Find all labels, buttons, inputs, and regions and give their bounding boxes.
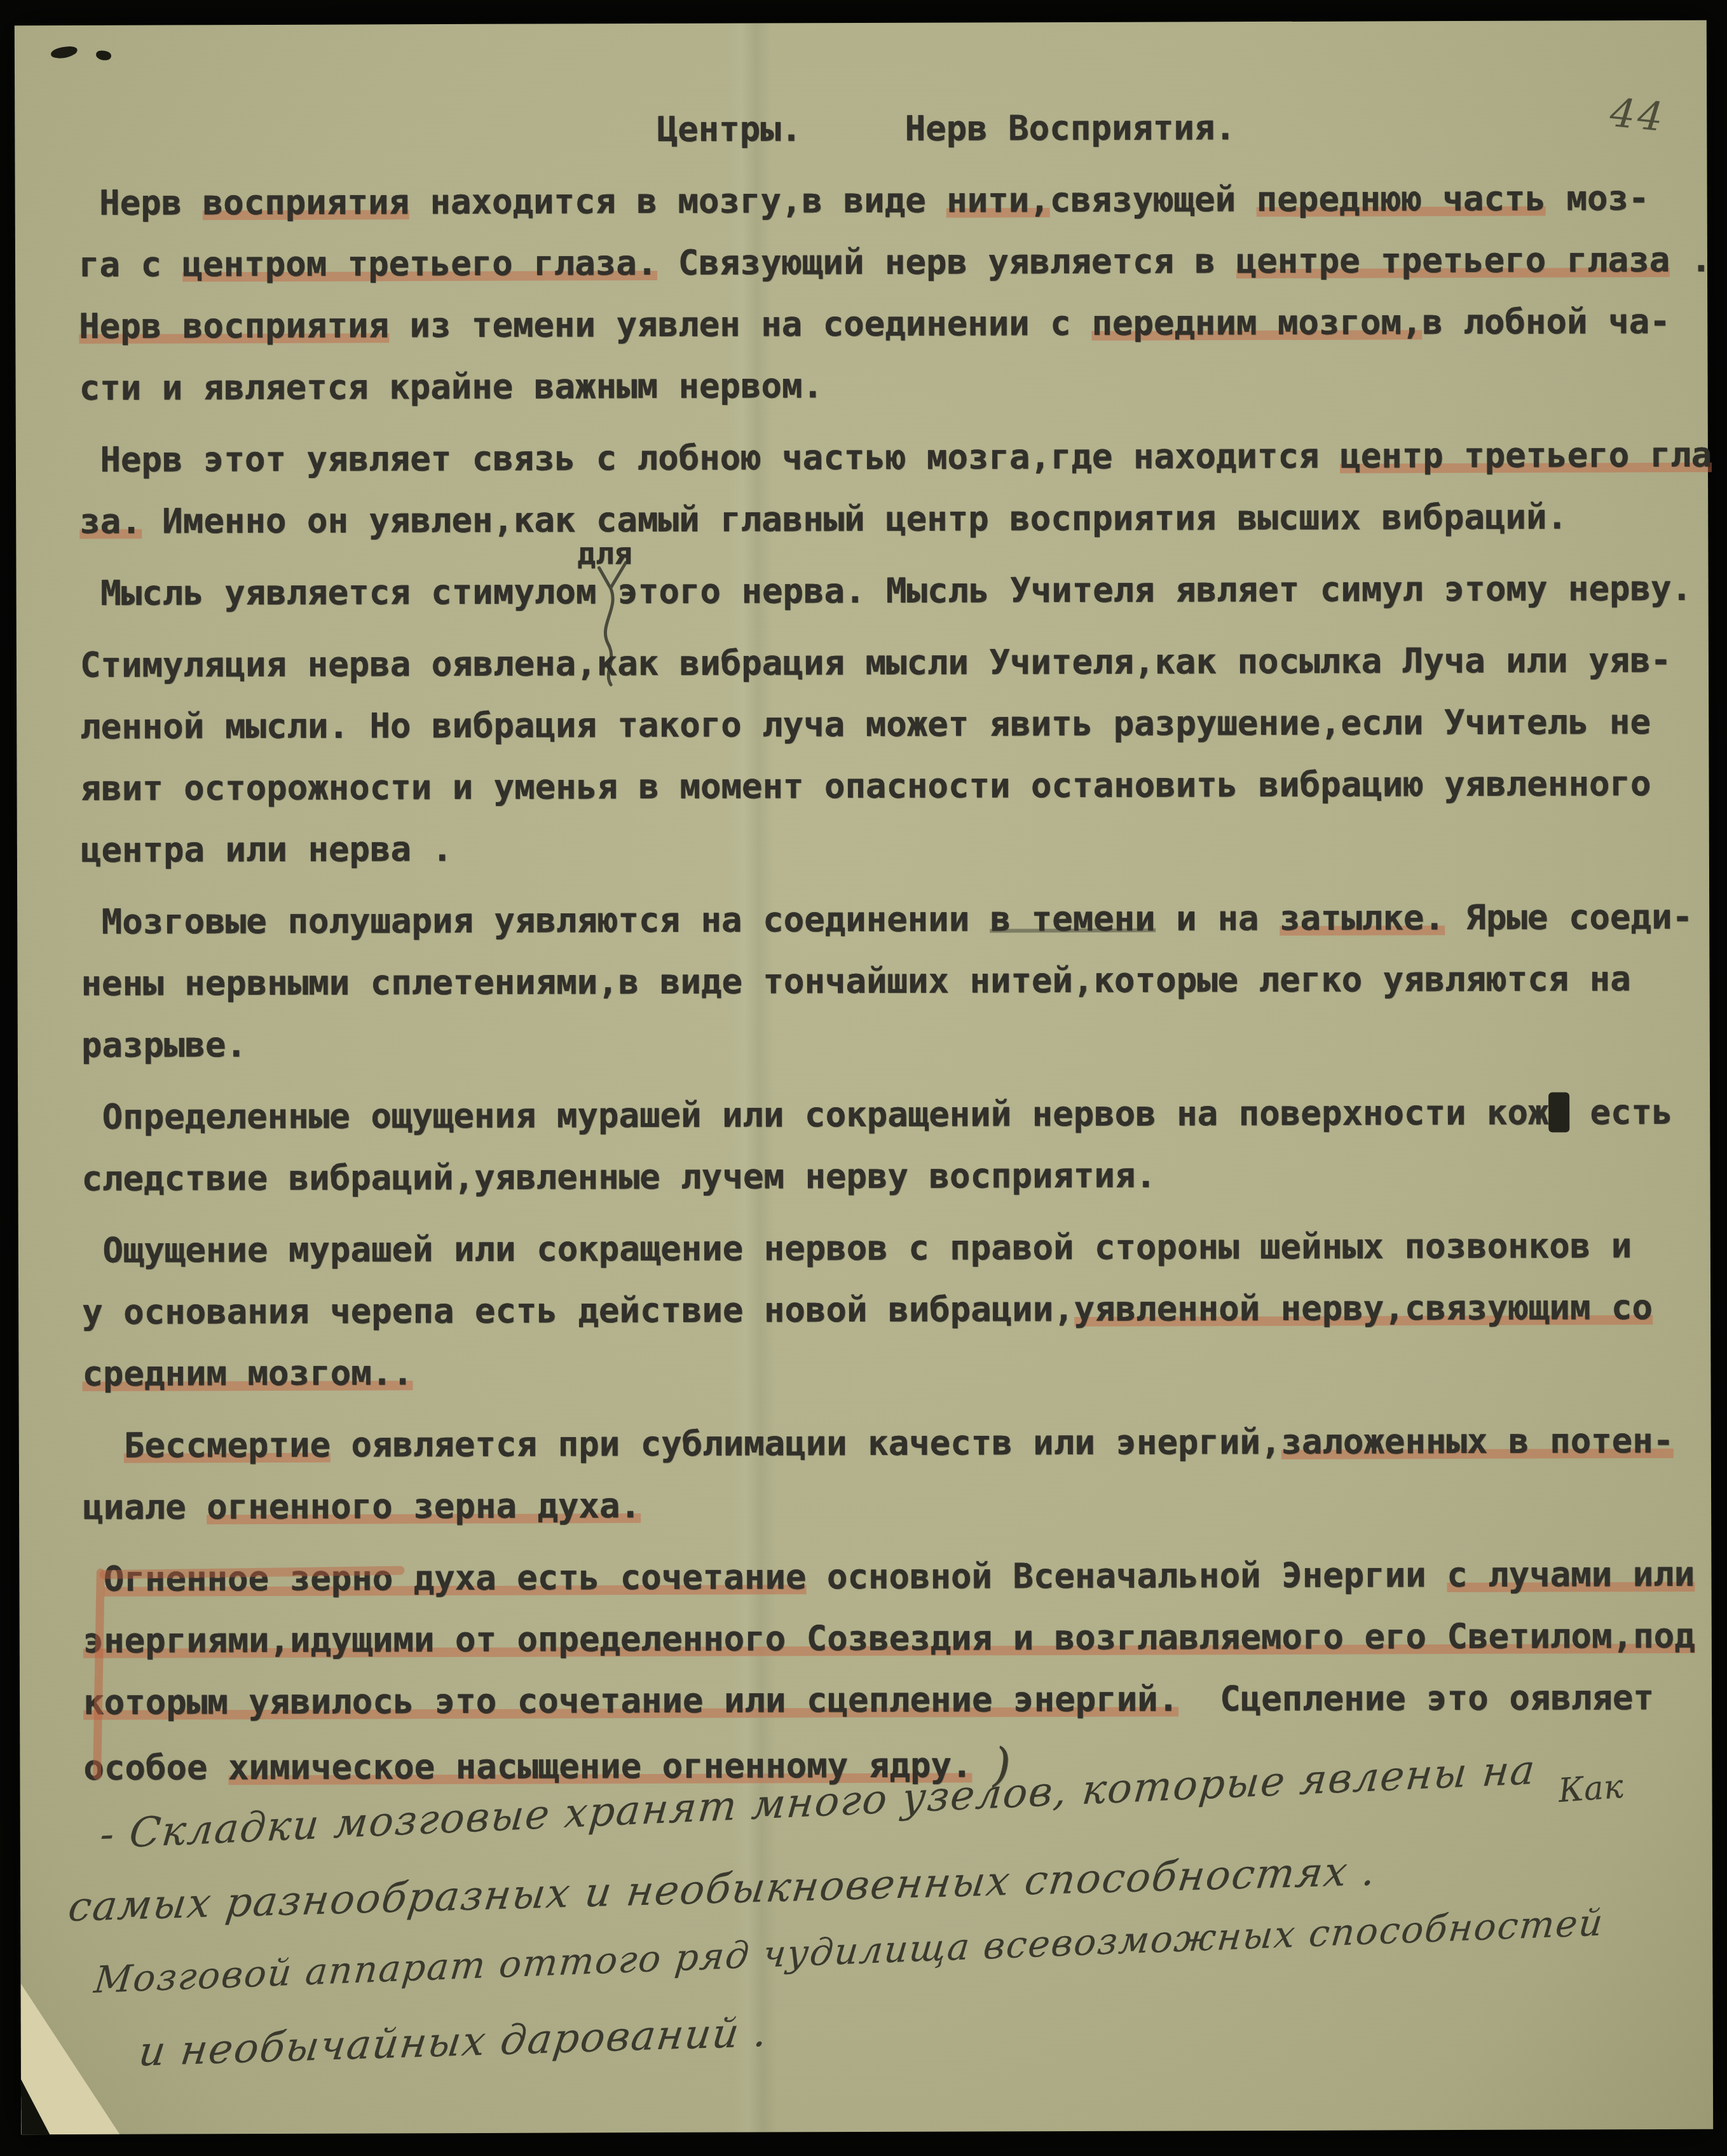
- typed-line: Огненное зерно духа есть сочетание основ…: [83, 1543, 1716, 1610]
- typed-line: за. Именно он уявлен,как самый главный ц…: [79, 486, 1712, 552]
- text-segment: следствие вибраций,уявленные лучем нерву…: [81, 1156, 1156, 1199]
- handwriting-block: - Складки мозговые хранят много узелов, …: [62, 1794, 1690, 2089]
- typed-line: Бессмертие оявляется при сублимации каче…: [83, 1410, 1716, 1477]
- typed-line: разрыве.: [81, 1009, 1714, 1076]
- red-pencil-underline: Огненное зерно духа есть сочетание: [104, 1557, 807, 1599]
- typed-text: Центры. Нерв Восприятия. Нерв восприятия…: [78, 95, 1716, 1795]
- red-pencil-underline: энергиями,идущими от определенного Созве…: [83, 1616, 1695, 1661]
- red-pencil-underline: нити,: [946, 180, 1050, 221]
- text-segment: Нерв: [79, 182, 203, 223]
- text-segment: Центры. Нерв Восприятия.: [78, 107, 1236, 151]
- red-pencil-underline: переднюю часть: [1257, 179, 1546, 219]
- text-segment: связующей: [1050, 179, 1257, 220]
- typed-line: га с центром третьего глаза. Связующий н…: [79, 229, 1712, 296]
- text-segment: есть: [1569, 1092, 1673, 1133]
- typed-line: Центры. Нерв Восприятия.: [78, 95, 1711, 162]
- red-pencil-underline: центр третьего гла: [1340, 435, 1712, 476]
- text-segment: оявляется при сублимации качеств или эне…: [331, 1422, 1281, 1465]
- text-segment: центра или нерва .: [81, 829, 453, 870]
- text-segment: Ярые соеди-: [1445, 897, 1693, 938]
- typed-line: Нерв восприятия из темени уявлен на соед…: [79, 290, 1712, 357]
- typed-line: циале огненного зерна духа.: [83, 1471, 1716, 1538]
- text-segment: у основания черепа есть действие новой в…: [82, 1289, 1074, 1332]
- text-segment: явит осторожности и уменья в момент опас…: [80, 763, 1651, 808]
- text-segment: из темени уявлен на соединении с: [389, 303, 1092, 345]
- red-pencil-underline: центром третьего глаза.: [182, 243, 657, 284]
- text-segment: Ощущение мурашей или сокращение нервов с…: [82, 1225, 1632, 1271]
- red-pencil-underline: с лучами или: [1447, 1554, 1695, 1595]
- red-pencil-underline: центре третьего глаза: [1236, 240, 1670, 281]
- text-segment: циале: [83, 1487, 207, 1527]
- typed-line: следствие вибраций,уявленные лучем нерву…: [81, 1143, 1714, 1210]
- text-segment: ленной мысли. Но вибрация такого луча мо…: [80, 702, 1651, 747]
- red-pencil-underline: уявленной нерву,связующим со: [1074, 1287, 1653, 1329]
- typed-line: Ощущение мурашей или сокращение нервов с…: [82, 1215, 1715, 1281]
- ink-mark: [95, 49, 112, 62]
- typed-line: Стимуляция нерва оявлена,как вибрация мы…: [80, 629, 1713, 696]
- text-segment: Определенные ощущения мурашей или сокращ…: [81, 1093, 1548, 1137]
- typed-line: Мозговые полушария уявляются на соединен…: [81, 886, 1714, 953]
- red-pencil-underline: средним мозгом..: [82, 1353, 413, 1394]
- insertion-mark: для: [596, 578, 617, 603]
- typed-line: средним мозгом..: [82, 1338, 1715, 1405]
- text-segment: сти и является крайне важным нервом.: [79, 365, 823, 408]
- text-segment: Мысль уявляется стимулом: [80, 571, 597, 613]
- typed-line: ленной мысли. Но вибрация такого луча мо…: [80, 691, 1713, 758]
- typed-line: сти и является крайне важным нервом.: [79, 352, 1712, 419]
- text-segment: .: [1670, 240, 1711, 280]
- text-segment: Мозговые полушария уявляются на соединен…: [81, 899, 990, 941]
- text-segment: этого нерва. Мысль Учителя являет симул …: [617, 568, 1692, 611]
- text-segment: находится в мозгу,в виде: [409, 181, 946, 222]
- red-pencil-underline: передним мозгом,: [1091, 302, 1422, 343]
- text-segment: и на: [1156, 898, 1280, 939]
- typed-line: Определенные ощущения мурашей или сокращ…: [81, 1081, 1714, 1148]
- handwritten-insert-word: Как: [1557, 1768, 1624, 1810]
- red-pencil-underline: заложенных в потен-: [1281, 1421, 1674, 1462]
- scanned-page: 44 Центры. Нерв Восприятия. Нерв восприя…: [15, 20, 1713, 2134]
- red-pencil-underline: Нерв восприятия: [79, 305, 389, 346]
- typed-line: Нерв восприятия находится в мозгу,в виде…: [79, 167, 1712, 234]
- text-segment: Именно он уявлен,как самый главный центр…: [142, 497, 1567, 542]
- red-pencil-underline: огненного зерна духа.: [207, 1485, 641, 1527]
- graphite-underline: в темени: [990, 899, 1156, 939]
- typed-line: нены нервными сплетениями,в виде тончайш…: [81, 948, 1714, 1014]
- red-pencil-underline: которым уявилось это сочетание или сцепл…: [83, 1679, 1178, 1722]
- typed-line: у основания черепа есть действие новой в…: [82, 1276, 1715, 1343]
- insertion-caret-icon: [594, 566, 632, 687]
- text-segment: Нерв этот уявляет связь с лобною частью …: [79, 436, 1340, 480]
- typed-line: которым уявилось это сочетание или сцепл…: [83, 1667, 1716, 1733]
- typed-line: энергиями,идущими от определенного Созве…: [83, 1605, 1716, 1672]
- text-segment: моз-: [1546, 178, 1649, 219]
- typed-line: Нерв этот уявляет связь с лобною частью …: [79, 424, 1712, 491]
- text-segment: га с: [79, 244, 182, 285]
- text-segment: [83, 1426, 124, 1466]
- red-pencil-underline: восприятия: [203, 182, 409, 222]
- text-segment: основной Всеначальной Энергии: [806, 1555, 1447, 1597]
- text-segment: в лобной ча-: [1422, 301, 1670, 342]
- red-pencil-underline: затылке.: [1280, 897, 1445, 938]
- ink-blot-overstrike: и: [1548, 1093, 1569, 1133]
- text-segment: особое: [83, 1747, 228, 1788]
- text-segment: разрыве.: [81, 1025, 247, 1065]
- text-segment: Связующий нерв уявляется в: [657, 241, 1236, 283]
- ink-mark: [50, 45, 78, 60]
- text-segment: Стимуляция нерва оявлена,как вибрация мы…: [80, 640, 1672, 685]
- text-segment: нены нервными сплетениями,в виде тончайш…: [81, 959, 1630, 1004]
- text-segment: Сцепление это оявляет: [1178, 1677, 1654, 1719]
- typed-line: Мысль уявляется стимуломдляэтого нерва. …: [79, 557, 1712, 624]
- typed-line: явит осторожности и уменья в момент опас…: [80, 753, 1713, 819]
- red-pencil-underline: Бессмертие: [124, 1425, 331, 1466]
- typed-line: центра или нерва .: [81, 814, 1714, 881]
- red-pencil-underline: за.: [79, 501, 142, 542]
